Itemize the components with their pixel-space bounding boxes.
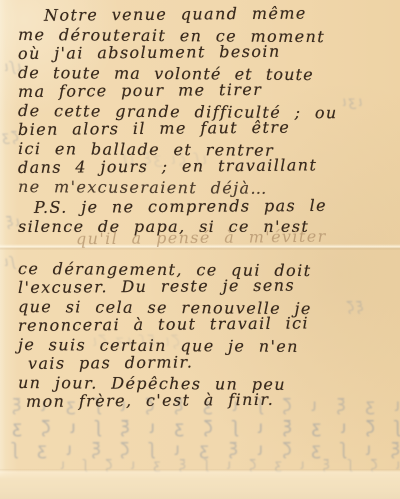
- ink-bleedthrough-left-edge: ζʒ: [0, 130, 19, 145]
- handwriting-line: dans 4 jours ; en travaillant: [18, 155, 390, 177]
- handwriting-line: mon frère, c'est à finir.: [18, 389, 390, 411]
- ink-bleedthrough-left-edge: ʃι: [2, 255, 15, 270]
- handwriting-line: bien alors il me faut être: [18, 117, 390, 139]
- paragraph: ce dérangement, ce qui doit l'excuser. D…: [18, 259, 390, 411]
- handwriting-line: vais pas dormir.: [18, 351, 390, 373]
- ink-bleedthrough-bottom-row: ξ ι ʃ ʒ ζ ι ξ ʒ ι ʃ ζ ξ ι ʒ ʃ ι ζ ξ: [0, 440, 400, 460]
- handwriting-line: renoncerai à tout travail ici: [18, 313, 390, 335]
- handwriting-line: ma force pour me tirer: [18, 79, 390, 101]
- paragraph: Notre venue quand même me dérouterait en…: [18, 6, 390, 196]
- pencil-interlineation: qu'il a pensé à m'éviter: [18, 226, 390, 249]
- letter-page: ιʃι ζʒ ιξ ʃι ιʒι ξζ ιʃ ζι ʒξ ιʃ ζι ξʃ ιʒ…: [0, 0, 400, 499]
- handwriting-line: l'excuser. Du reste je sens: [18, 275, 390, 297]
- ink-bleedthrough-bottom-row: ʃ ζ ι ʒ ξ ι ʃ ζ ʒ ι ξ ʃ ι ζ ʒ ξ ι ʃ ζ: [0, 418, 400, 438]
- paper-bottom-edge: [0, 469, 400, 499]
- handwriting-line: où j'ai absolument besoin: [18, 41, 390, 63]
- handwriting-line: P.S. je ne comprends pas le: [18, 195, 390, 217]
- handwriting-block: Notre venue quand même me dérouterait en…: [18, 6, 390, 411]
- handwriting-line: Notre venue quand même: [18, 3, 390, 25]
